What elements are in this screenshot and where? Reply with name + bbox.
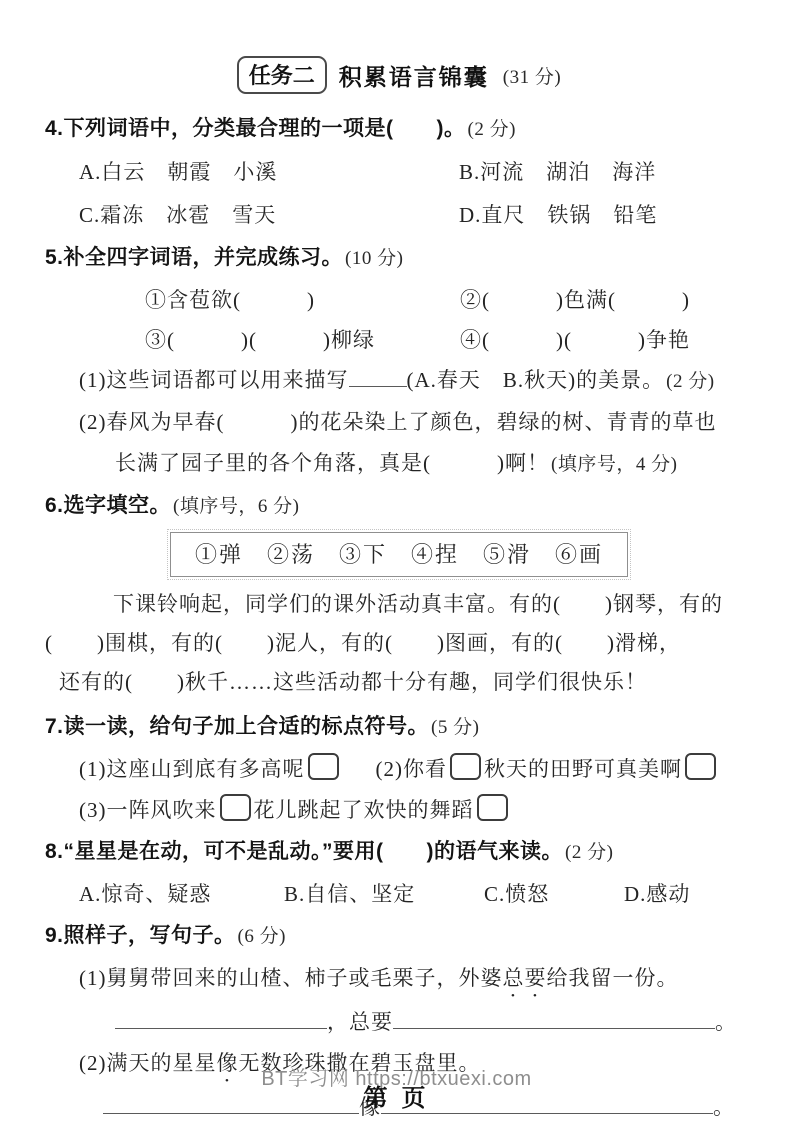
q9-score: (6 分) <box>238 926 286 947</box>
q5-sub1-score: (2 分) <box>666 371 714 392</box>
q7-punctuation-box <box>477 794 508 821</box>
q7-item-3: (3)一阵风吹来花儿跳起了欢快的舞蹈 <box>79 798 511 822</box>
q9-sub1-answer-line: ，总要。 <box>45 1002 753 1043</box>
q5-item-2: ②( )色满( ) <box>460 280 753 320</box>
q7-stem-row: 7.读一读，给句子加上合适的标点符号。(5 分) <box>45 706 753 749</box>
q6-paragraph-line3: 还有的( )秋千……这些活动都十分有趣，同学们很快乐！ <box>45 663 753 702</box>
q7-punctuation-box <box>685 753 716 780</box>
q6-character-bank-wrap: ①弹 ②荡 ③下 ④捏 ⑤滑 ⑥画 <box>45 532 753 577</box>
q5-sub1-text: (1)这些词语都可以用来描写 <box>79 368 349 392</box>
q5-sub2-line2: 长满了园子里的各个角落，真是( )啊！(填序号，4 分) <box>45 443 753 485</box>
q9-stem: 9.照样子，写句子。 <box>45 924 236 947</box>
worksheet-page: 任务二 积累语言锦囊 (31 分) 4.下列词语中，分类最合理的一项是( )。(… <box>0 0 793 1122</box>
q4-stem-row: 4.下列词语中，分类最合理的一项是( )。(2 分) <box>45 108 753 151</box>
q9-stem-row: 9.照样子，写句子。(6 分) <box>45 915 753 958</box>
section-header: 任务二 积累语言锦囊 (31 分) <box>45 54 753 96</box>
q9-ans1-connector: ，总要 <box>327 1010 393 1034</box>
q7-item-2-text1: (2)你看 <box>376 757 448 781</box>
q8-option-a: A.惊奇、疑惑 <box>79 874 284 915</box>
q8-option-d: D.感动 <box>624 874 753 915</box>
q8-stem: 8.“星星是在动，可不是乱动。”要用( )的语气来读。 <box>45 840 563 863</box>
q5-item-3: ③( )( )柳绿 <box>145 320 460 360</box>
q4-option-c: C.霜冻 冰雹 雪天 <box>79 194 459 237</box>
q8-score: (2 分) <box>565 842 613 863</box>
q9-sub1-sentence: (1)舅舅带回来的山楂、柿子或毛栗子，外婆总要给我留一份。 <box>45 958 753 1002</box>
q7-punctuation-box <box>450 753 481 780</box>
q8-stem-row: 8.“星星是在动，可不是乱动。”要用( )的语气来读。(2 分) <box>45 831 753 874</box>
q7-item-1-text: (1)这座山到底有多高呢 <box>79 757 305 781</box>
q7-item-2-text2: 秋天的田野可真美啊 <box>484 757 682 781</box>
q5-item-4: ④( )( )争艳 <box>460 320 753 360</box>
q9-answer-blank <box>115 1006 327 1029</box>
q6-stem-row: 6.选字填空。(填序号，6 分) <box>45 485 753 528</box>
q8-option-c: C.愤怒 <box>484 874 624 915</box>
q7-stem: 7.读一读，给句子加上合适的标点符号。 <box>45 715 429 738</box>
q6-stem: 6.选字填空。 <box>45 494 171 517</box>
q9-sub1-text2: 给我留一份。 <box>547 966 679 990</box>
q6-paragraph-line2: ( )围棋，有的( )泥人，有的( )图画，有的( )滑梯， <box>45 624 753 663</box>
q4-option-a: A.白云 朝霞 小溪 <box>79 151 459 194</box>
q7-item-2: (2)你看秋天的田野可真美啊 <box>376 749 720 790</box>
q8-options: A.惊奇、疑惑 B.自信、坚定 C.愤怒 D.感动 <box>45 874 753 915</box>
q5-sub2-line1: (2)春风为早春( )的花朵染上了颜色，碧绿的树、青青的草也 <box>45 402 753 443</box>
page-number-label: 第 页 <box>0 1078 793 1113</box>
q5-sub1-answer-blank <box>349 364 407 387</box>
q6-paragraph-line1: 下课铃响起，同学们的课外活动真丰富。有的( )钢琴，有的 <box>45 585 753 624</box>
q5-sub1-row: (1)这些词语都可以用来描写(A.春天 B.秋天)的美景。(2 分) <box>45 360 753 402</box>
q7-item-3-text1: (3)一阵风吹来 <box>79 798 217 822</box>
q4-stem: 4.下列词语中，分类最合理的一项是( )。 <box>45 117 466 140</box>
q7-punctuation-box <box>220 794 251 821</box>
q7-punctuation-box <box>308 753 339 780</box>
q7-item-3-text2: 花儿跳起了欢快的舞蹈 <box>254 798 474 822</box>
q5-sub2-text: 长满了园子里的各个角落，真是( )啊！ <box>115 451 549 475</box>
q9-answer-blank <box>393 1006 715 1029</box>
q9-sub1-text1: (1)舅舅带回来的山楂、柿子或毛栗子，外婆 <box>79 966 503 990</box>
q5-stem-row: 5.补全四字词语，并完成练习。(10 分) <box>45 237 753 280</box>
q5-item-1: ①含苞欲( ) <box>145 280 460 320</box>
q9-sub1-emphasized: 总要 <box>503 966 547 990</box>
q6-character-bank: ①弹 ②荡 ③下 ④捏 ⑤滑 ⑥画 <box>170 532 628 577</box>
q7-items-row2: (3)一阵风吹来花儿跳起了欢快的舞蹈 <box>45 790 753 831</box>
q4-score: (2 分) <box>468 119 516 140</box>
q6-score: (填序号，6 分) <box>173 496 299 517</box>
q5-score: (10 分) <box>345 248 403 269</box>
q5-idiom-items: ①含苞欲( ) ②( )色满( ) ③( )( )柳绿 ④( )( )争艳 <box>45 280 753 360</box>
q5-sub2-score: (填序号，4 分) <box>551 454 677 475</box>
task-badge: 任务二 <box>237 56 327 94</box>
q7-items-row1: (1)这座山到底有多高呢 (2)你看秋天的田野可真美啊 <box>45 749 753 790</box>
q7-score: (5 分) <box>431 717 479 738</box>
q4-option-d: D.直尺 铁锅 铅笔 <box>459 194 753 237</box>
q7-item-1: (1)这座山到底有多高呢 <box>79 749 342 790</box>
q5-sub1-choices: (A.春天 B.秋天)的美景。 <box>407 368 665 392</box>
section-score: (31 分) <box>503 62 561 89</box>
q8-option-b: B.自信、坚定 <box>284 874 484 915</box>
q5-stem: 5.补全四字词语，并完成练习。 <box>45 246 343 269</box>
q4-options: A.白云 朝霞 小溪 B.河流 湖泊 海洋 C.霜冻 冰雹 雪天 D.直尺 铁锅… <box>45 151 753 237</box>
section-title: 积累语言锦囊 <box>339 59 489 92</box>
q4-option-b: B.河流 湖泊 海洋 <box>459 151 753 194</box>
q9-ans1-period: 。 <box>715 1010 737 1034</box>
